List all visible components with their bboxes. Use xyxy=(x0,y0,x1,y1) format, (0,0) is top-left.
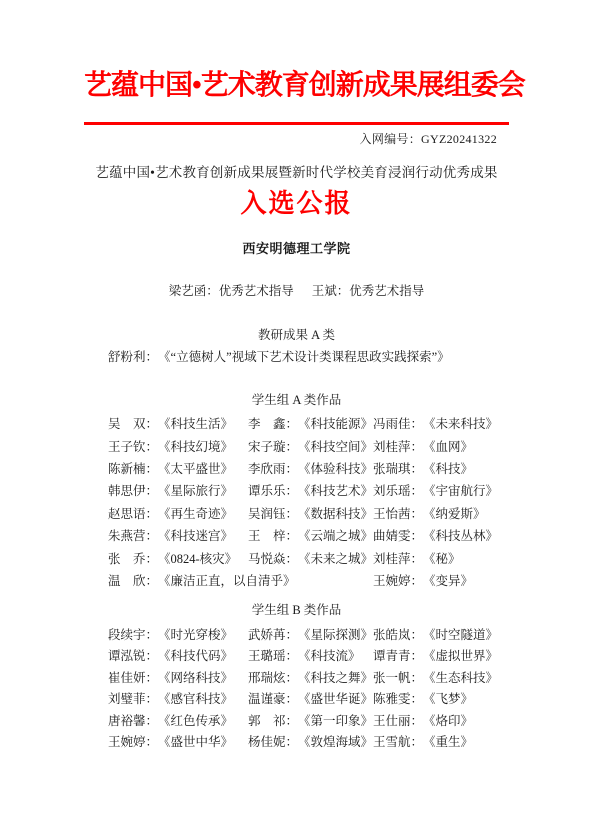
student-name: 李欣雨： xyxy=(248,459,298,477)
advisor-item: 王斌：优秀艺术指导 xyxy=(312,283,425,300)
roster-row: 王子钦：《科技幻境》 宋子璇：《科技空间》 刘桂萍：《血网》 xyxy=(108,434,509,456)
roster-cell: 王仕丽：《烙印》 xyxy=(373,711,509,729)
roster-row: 朱燕营：《科技迷宫》 王 梓：《云端之城》 曲婧雯：《科技丛林》 xyxy=(108,524,509,546)
work-title: 《宇宙航行》 xyxy=(423,481,498,499)
roster-cell: 宋子璇：《科技空间》 xyxy=(248,437,373,455)
work-title: 《廉洁正直，以自清乎》 xyxy=(158,571,296,589)
roster-cell: 赵思语：《再生奇迹》 xyxy=(108,504,248,522)
student-name: 郭 祁： xyxy=(248,711,298,729)
work-title: 《太平盛世》 xyxy=(158,459,233,477)
roster-row: 张 乔：《0824-核灾》 马悦焱：《未来之城》 刘桂萍：《秘》 xyxy=(108,546,509,568)
roster-row: 段续宇：《时光穿梭》 武娇苒：《星际探测》 张皓岚：《时空隧道》 xyxy=(108,623,509,645)
work-title: 《盛世华诞》 xyxy=(298,689,373,707)
student-name: 温谨豪： xyxy=(248,689,298,707)
roster-cell: 张瑞琪：《科技》 xyxy=(373,459,509,477)
student-name: 唐裕馨： xyxy=(108,711,158,729)
student-name: 王雪航： xyxy=(373,732,423,750)
teacher-name: 舒粉利： xyxy=(108,349,158,366)
work-title: 《科技》 xyxy=(423,459,473,477)
student-name: 陈雅雯： xyxy=(373,689,423,707)
advisor-line: 梁艺函：优秀艺术指导 王斌：优秀艺术指导 xyxy=(84,283,509,300)
work-title: 《云端之城》 xyxy=(298,526,373,544)
work-title: 《飞梦》 xyxy=(423,689,473,707)
work-title: 《烙印》 xyxy=(423,711,473,729)
student-name: 王婉婷： xyxy=(373,571,423,589)
registration-number: 入网编号：GYZ20241322 xyxy=(84,131,509,147)
student-name: 马悦焱： xyxy=(248,549,298,567)
student-name: 谭青青： xyxy=(373,646,423,664)
work-title: 《生态科技》 xyxy=(423,668,498,686)
roster-cell: 王 梓：《云端之城》 xyxy=(248,526,373,544)
work-title: 《未来之城》 xyxy=(298,549,373,567)
roster-cell: 郭 祁：《第一印象》 xyxy=(248,711,373,729)
work-title: 《科技幻境》 xyxy=(158,437,233,455)
student-name: 曲婧雯： xyxy=(373,526,423,544)
work-title: 《盛世中华》 xyxy=(158,732,233,750)
work-title: 《红色传承》 xyxy=(158,711,233,729)
roster-row: 温 欣：《廉洁正直，以自清乎》 王婉婷：《变异》 xyxy=(108,569,509,591)
roster-group-a: 吴 双：《科技生活》 李 鑫：《科技能源》 冯雨佳：《未来科技》 王子钦：《科技… xyxy=(84,412,509,591)
work-title: 《变异》 xyxy=(423,571,473,589)
student-name: 张瑞琪： xyxy=(373,459,423,477)
roster-cell: 谭泓锐：《科技代码》 xyxy=(108,646,248,664)
student-name: 朱燕营： xyxy=(108,526,158,544)
work-title: 《“立德树人”视域下艺术设计类课程思政实践探索”》 xyxy=(158,349,450,366)
work-title: 《虚拟世界》 xyxy=(423,646,498,664)
work-title: 《时光穿梭》 xyxy=(158,625,233,643)
bulletin-page: 艺蕴中国•艺术教育创新成果展组委会 入网编号：GYZ20241322 艺蕴中国•… xyxy=(0,0,593,827)
roster-row: 韩思伊：《星际旅行》 谭乐乐：《科技艺术》 刘乐瑶：《宇宙航行》 xyxy=(108,479,509,501)
student-name: 刘璧菲： xyxy=(108,689,158,707)
work-title: 《科技丛林》 xyxy=(423,526,498,544)
roster-cell: 陈雅雯：《飞梦》 xyxy=(373,689,509,707)
student-name: 刘桂萍： xyxy=(373,437,423,455)
student-name: 韩思伊： xyxy=(108,481,158,499)
student-name: 王怡茜： xyxy=(373,504,423,522)
student-name: 武娇苒： xyxy=(248,625,298,643)
roster-cell: 张 乔：《0824-核灾》 xyxy=(108,549,248,567)
roster-cell: 韩思伊：《星际旅行》 xyxy=(108,481,248,499)
roster-cell: 朱燕营：《科技迷宫》 xyxy=(108,526,248,544)
roster-cell: 温谨豪：《盛世华诞》 xyxy=(248,689,373,707)
roster-cell: 谭青青：《虚拟世界》 xyxy=(373,646,509,664)
student-name: 崔佳妍： xyxy=(108,668,158,686)
event-subtitle: 艺蕴中国•艺术教育创新成果展暨新时代学校美育浸润行动优秀成果 xyxy=(84,164,509,182)
roster-cell: 冯雨佳：《未来科技》 xyxy=(373,414,509,432)
student-name: 陈新楠： xyxy=(108,459,158,477)
work-title: 《重生》 xyxy=(423,732,473,750)
work-title: 《科技空间》 xyxy=(298,437,373,455)
work-title: 《未来科技》 xyxy=(423,414,498,432)
student-name: 段续宇： xyxy=(108,625,158,643)
work-title: 《感官科技》 xyxy=(158,689,233,707)
roster-row: 谭泓锐：《科技代码》 王璐瑶：《科技流》 谭青青：《虚拟世界》 xyxy=(108,645,509,667)
roster-cell: 刘桂萍：《秘》 xyxy=(373,549,509,567)
work-title: 《血网》 xyxy=(423,437,473,455)
roster-cell: 王婉婷：《盛世中华》 xyxy=(108,732,248,750)
roster-group-b: 段续宇：《时光穿梭》 武娇苒：《星际探测》 张皓岚：《时空隧道》 谭泓锐：《科技… xyxy=(84,623,509,752)
section-heading-group-a: 学生组 A 类作品 xyxy=(84,392,509,409)
work-title: 《科技之舞》 xyxy=(298,668,373,686)
roster-cell: 唐裕馨：《红色传承》 xyxy=(108,711,248,729)
school-name: 西安明德理工学院 xyxy=(84,240,509,258)
student-name: 吴 双： xyxy=(108,414,158,432)
work-title: 《纳爱斯》 xyxy=(423,504,486,522)
work-title: 《科技代码》 xyxy=(158,646,233,664)
roster-cell: 张皓岚：《时空隧道》 xyxy=(373,625,509,643)
roster-cell: 武娇苒：《星际探测》 xyxy=(248,625,373,643)
roster-row: 刘璧菲：《感官科技》 温谨豪：《盛世华诞》 陈雅雯：《飞梦》 xyxy=(108,688,509,710)
organization-title: 艺蕴中国•艺术教育创新成果展组委会 xyxy=(84,0,509,104)
work-title: 《再生奇迹》 xyxy=(158,504,233,522)
roster-cell: 邢瑞炫：《科技之舞》 xyxy=(248,668,373,686)
work-title: 《时空隧道》 xyxy=(423,625,498,643)
student-name: 冯雨佳： xyxy=(373,414,423,432)
roster-cell: 刘乐瑶：《宇宙航行》 xyxy=(373,481,509,499)
roster-cell: 吴润钰：《数据科技》 xyxy=(248,504,373,522)
student-name: 谭乐乐： xyxy=(248,481,298,499)
student-name: 谭泓锐： xyxy=(108,646,158,664)
student-name: 吴润钰： xyxy=(248,504,298,522)
roster-row: 王婉婷：《盛世中华》 杨佳妮：《敦煌海域》 王雪航：《重生》 xyxy=(108,731,509,753)
roster-cell: 王婉婷：《变异》 xyxy=(373,571,509,589)
student-name: 王仕丽： xyxy=(373,711,423,729)
advisor-item: 梁艺函：优秀艺术指导 xyxy=(169,283,294,300)
student-name: 王子钦： xyxy=(108,437,158,455)
student-name: 温 欣： xyxy=(108,571,158,589)
bulletin-title: 入选公报 xyxy=(84,187,509,221)
work-title: 《科技流》 xyxy=(298,646,361,664)
roster-row: 吴 双：《科技生活》 李 鑫：《科技能源》 冯雨佳：《未来科技》 xyxy=(108,412,509,434)
work-title: 《0824-核灾》 xyxy=(158,549,237,567)
roster-cell: 杨佳妮：《敦煌海域》 xyxy=(248,732,373,750)
roster-cell: 马悦焱：《未来之城》 xyxy=(248,549,373,567)
roster-cell: 曲婧雯：《科技丛林》 xyxy=(373,526,509,544)
red-divider-rule xyxy=(84,122,509,125)
work-title: 《第一印象》 xyxy=(298,711,373,729)
student-name: 宋子璇： xyxy=(248,437,298,455)
roster-row: 崔佳妍：《网络科技》 邢瑞炫：《科技之舞》 张一帆：《生态科技》 xyxy=(108,666,509,688)
student-name: 赵思语： xyxy=(108,504,158,522)
work-title: 《星际旅行》 xyxy=(158,481,233,499)
work-title: 《数据科技》 xyxy=(298,504,373,522)
work-title: 《敦煌海域》 xyxy=(298,732,373,750)
roster-cell: 崔佳妍：《网络科技》 xyxy=(108,668,248,686)
roster-cell: 李欣雨：《体验科技》 xyxy=(248,459,373,477)
student-name: 刘桂萍： xyxy=(373,549,423,567)
roster-cell: 刘桂萍：《血网》 xyxy=(373,437,509,455)
roster-cell: 王璐瑶：《科技流》 xyxy=(248,646,373,664)
student-name: 刘乐瑶： xyxy=(373,481,423,499)
work-title: 《科技能源》 xyxy=(298,414,373,432)
roster-row: 赵思语：《再生奇迹》 吴润钰：《数据科技》 王怡茜：《纳爱斯》 xyxy=(108,502,509,524)
work-title: 《科技生活》 xyxy=(158,414,233,432)
roster-cell: 李 鑫：《科技能源》 xyxy=(248,414,373,432)
roster-cell: 温 欣：《廉洁正直，以自清乎》 xyxy=(108,571,373,589)
page-content: 艺蕴中国•艺术教育创新成果展组委会 入网编号：GYZ20241322 艺蕴中国•… xyxy=(0,0,593,752)
research-entry: 舒粉利： 《“立德树人”视域下艺术设计类课程思政实践探索”》 xyxy=(84,349,509,366)
roster-cell: 刘璧菲：《感官科技》 xyxy=(108,689,248,707)
roster-cell: 吴 双：《科技生活》 xyxy=(108,414,248,432)
roster-cell: 陈新楠：《太平盛世》 xyxy=(108,459,248,477)
roster-cell: 段续宇：《时光穿梭》 xyxy=(108,625,248,643)
student-name: 杨佳妮： xyxy=(248,732,298,750)
roster-cell: 张一帆：《生态科技》 xyxy=(373,668,509,686)
student-name: 邢瑞炫： xyxy=(248,668,298,686)
roster-row: 陈新楠：《太平盛世》 李欣雨：《体验科技》 张瑞琪：《科技》 xyxy=(108,457,509,479)
work-title: 《星际探测》 xyxy=(298,625,373,643)
roster-cell: 王子钦：《科技幻境》 xyxy=(108,437,248,455)
work-title: 《秘》 xyxy=(423,549,461,567)
student-name: 王婉婷： xyxy=(108,732,158,750)
roster-cell: 王怡茜：《纳爱斯》 xyxy=(373,504,509,522)
student-name: 张 乔： xyxy=(108,549,158,567)
work-title: 《网络科技》 xyxy=(158,668,233,686)
student-name: 李 鑫： xyxy=(248,414,298,432)
student-name: 张一帆： xyxy=(373,668,423,686)
student-name: 张皓岚： xyxy=(373,625,423,643)
work-title: 《体验科技》 xyxy=(298,459,373,477)
roster-cell: 谭乐乐：《科技艺术》 xyxy=(248,481,373,499)
student-name: 王璐瑶： xyxy=(248,646,298,664)
section-heading-group-b: 学生组 B 类作品 xyxy=(84,602,509,619)
student-name: 王 梓： xyxy=(248,526,298,544)
roster-cell: 王雪航：《重生》 xyxy=(373,732,509,750)
work-title: 《科技迷宫》 xyxy=(158,526,233,544)
section-heading-research: 教研成果 A 类 xyxy=(84,327,509,344)
roster-row: 唐裕馨：《红色传承》 郭 祁：《第一印象》 王仕丽：《烙印》 xyxy=(108,709,509,731)
work-title: 《科技艺术》 xyxy=(298,481,373,499)
